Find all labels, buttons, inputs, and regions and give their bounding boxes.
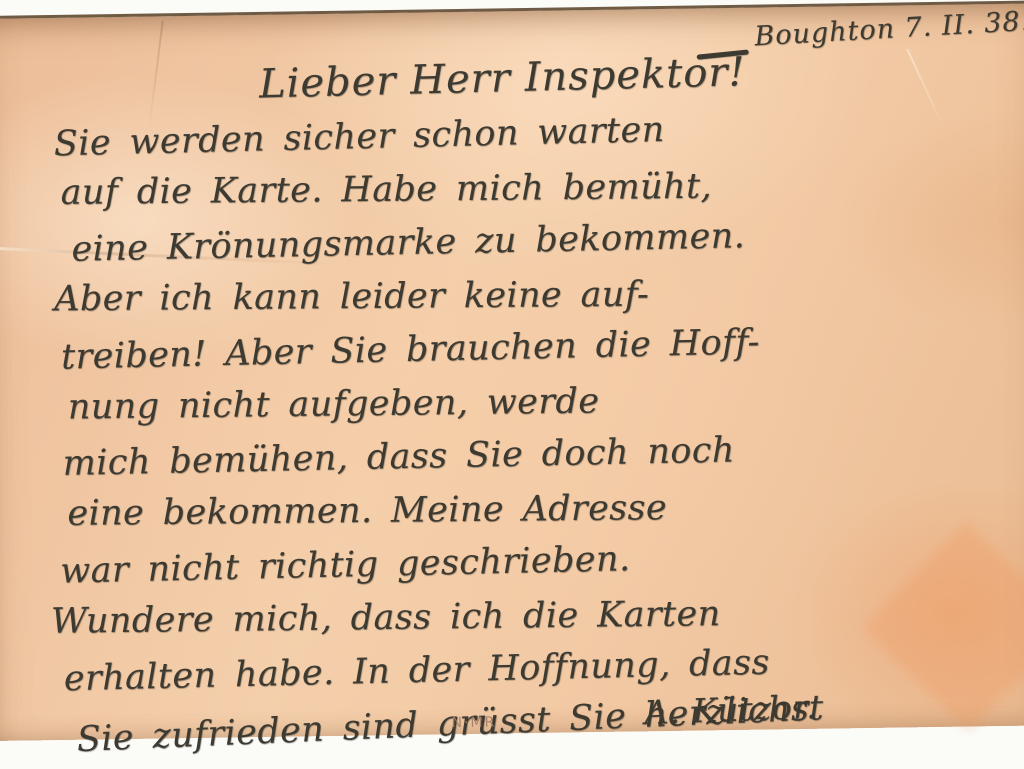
stamp-residue-stain [863,522,1024,728]
dateline: Boughton 7. II. 38. [754,6,1024,53]
paper-crease [906,49,946,132]
postcard-scan: Boughton 7. II. 38. Lieber Herr Inspekto… [0,0,1024,728]
salutation: Lieber Herr Inspektor! [258,49,746,107]
letter-body: Sie werden sicher schon warten auf die K… [43,104,824,728]
pencil-annotation: N·MR [451,715,496,728]
signature: A. Kützor. [644,687,818,728]
